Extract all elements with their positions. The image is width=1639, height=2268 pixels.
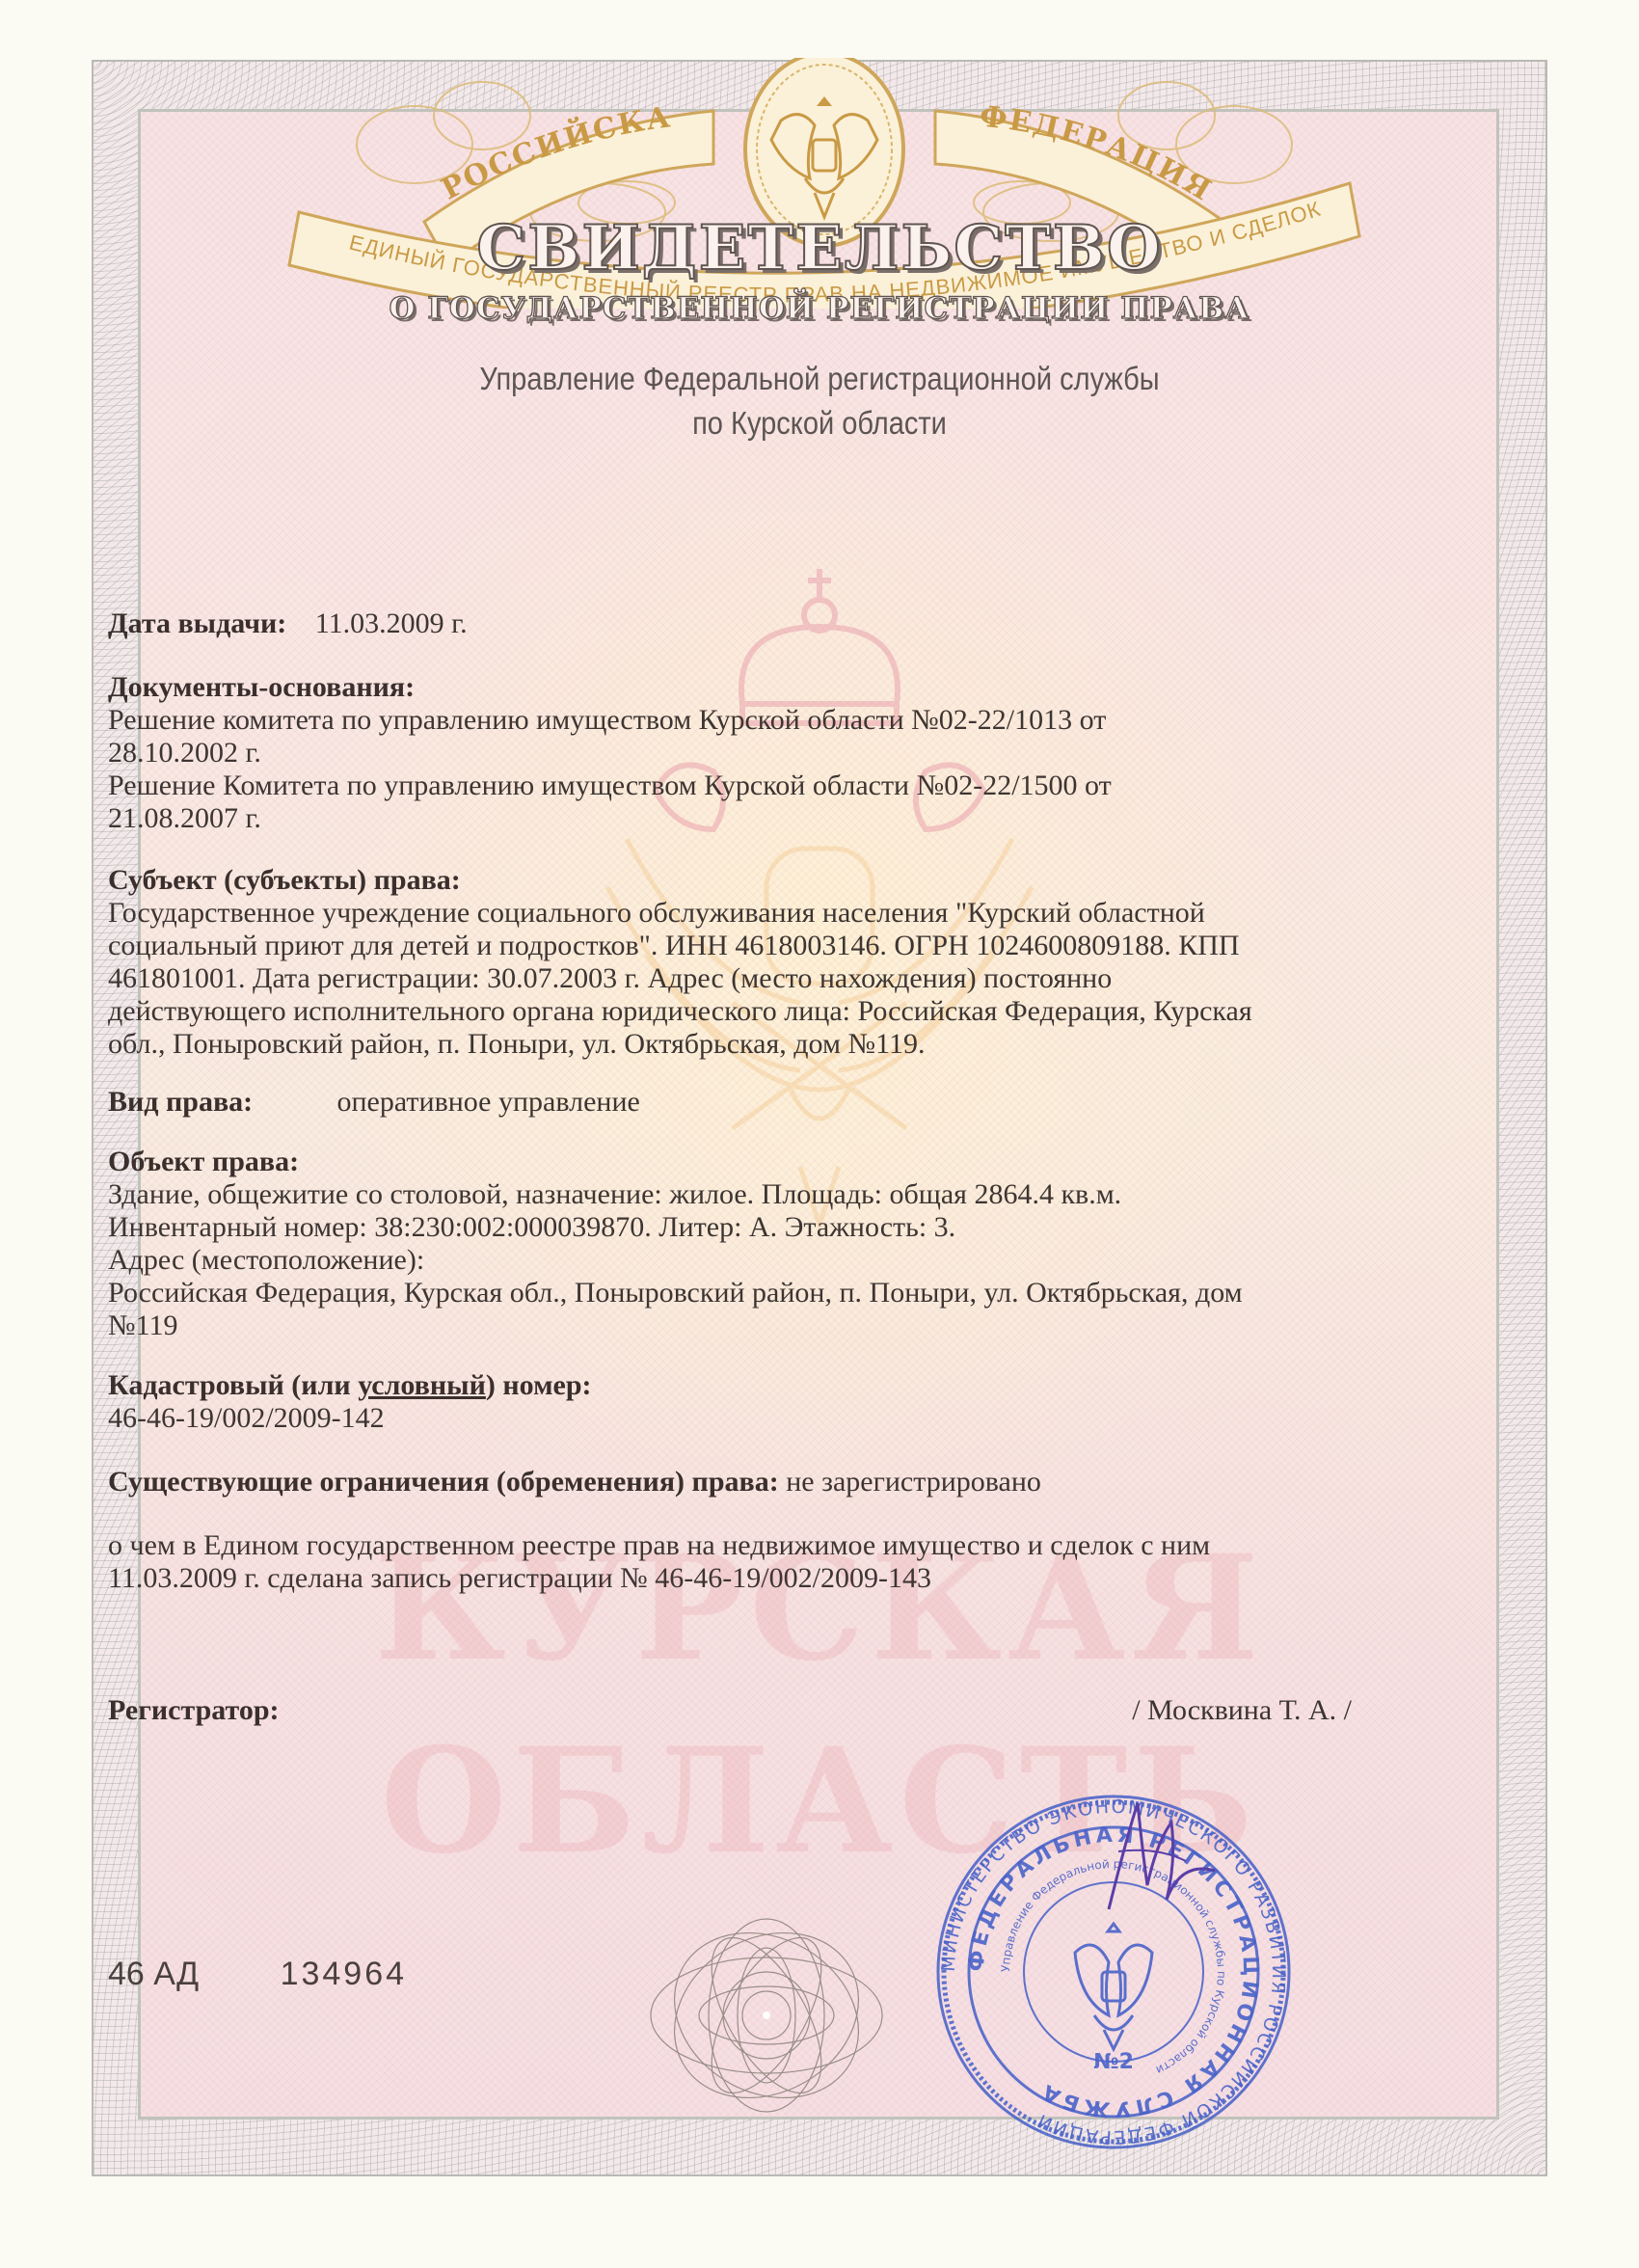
object-line: №119 [108, 1309, 1361, 1342]
registrar-row: Регистратор: / Москвина Т. А. / [108, 1694, 1352, 1727]
subject-line: социальный приют для детей и подростков"… [108, 930, 1361, 962]
basis-doc-line: Решение Комитета по управлению имущество… [108, 769, 1361, 802]
subject-line: 461801001. Дата регистрации: 30.07.2003 … [108, 962, 1361, 995]
certificate-subtitle: О ГОСУДАРСТВЕННОЙ РЕГИСТРАЦИИ ПРАВА [0, 291, 1639, 326]
right-type-section: Вид права: оперативное управление [108, 1086, 1361, 1119]
certificate-title: СВИДЕТЕЛЬСТВО [0, 212, 1639, 284]
record-line: 11.03.2009 г. сделана запись регистрации… [108, 1562, 1361, 1595]
stamp-eagle-icon [1075, 1924, 1152, 2049]
object-line: Инвентарный номер: 38:230:002:000039870.… [108, 1211, 1361, 1244]
subject-section: Субъект (субъекты) права: Государственно… [108, 864, 1361, 1061]
encumbrances-section: Существующие ограничения (обременения) п… [108, 1466, 1361, 1498]
watermark-region-line2: ОБЛАСТЬ [0, 1716, 1639, 1886]
basis-documents-section: Документы-основания: Решение комитета по… [108, 671, 1361, 835]
basis-doc-line: 21.08.2007 г. [108, 802, 1361, 835]
registration-record-section: о чем в Едином государственном реестре п… [108, 1529, 1361, 1595]
registrar-label: Регистратор: [108, 1694, 280, 1727]
certificate-serial: 46 АД 134964 [108, 1956, 407, 1993]
encumbrances-value: не зарегистрировано [786, 1466, 1041, 1498]
authority-line-1: Управление Федеральной регистрационной с… [98, 357, 1541, 401]
object-line: Адрес (местоположение): [108, 1244, 1361, 1277]
basis-doc-line: Решение комитета по управлению имущество… [108, 704, 1361, 737]
cadastral-label-part: Кадастровый (или [108, 1369, 358, 1401]
object-line: Российская Федерация, Курская обл., Поны… [108, 1277, 1361, 1309]
object-label: Объект права: [108, 1146, 1361, 1178]
serial-series: 46 АД [108, 1956, 199, 1993]
cadastral-label-part: ) номер: [486, 1369, 592, 1401]
issue-date-value: 11.03.2009 г. [315, 607, 468, 639]
cadastral-section: Кадастровый (или условный) номер: 46-46-… [108, 1369, 1361, 1435]
serial-number: 134964 [281, 1956, 407, 1993]
issue-date-label: Дата выдачи: [108, 607, 286, 640]
right-type-value: оперативное управление [337, 1086, 640, 1118]
cadastral-label-underlined: условный [358, 1369, 486, 1401]
security-rosette-icon [641, 1909, 892, 2121]
record-line: о чем в Едином государственном реестре п… [108, 1529, 1361, 1562]
subject-line: Государственное учреждение социального о… [108, 897, 1361, 930]
certificate-body: Дата выдачи: 11.03.2009 г. Документы-осн… [108, 607, 1361, 1618]
issuing-authority: Управление Федеральной регистрационной с… [98, 357, 1541, 445]
issue-date-section: Дата выдачи: 11.03.2009 г. [108, 607, 1361, 640]
cadastral-label: Кадастровый (или условный) номер: [108, 1369, 1361, 1402]
cadastral-number: 46-46-19/002/2009-142 [108, 1402, 1361, 1435]
encumbrances-label: Существующие ограничения (обременения) п… [108, 1466, 779, 1498]
right-type-label: Вид права: [108, 1086, 330, 1119]
object-section: Объект права: Здание, общежитие со столо… [108, 1146, 1361, 1342]
registrar-name: / Москвина Т. А. / [1132, 1694, 1352, 1727]
subject-line: обл., Поныровский район, п. Поныри, ул. … [108, 1028, 1361, 1061]
basis-documents-label: Документы-основания: [108, 671, 1361, 704]
registrar-signature [1089, 1794, 1224, 1919]
subject-line: действующего исполнительного органа юрид… [108, 995, 1361, 1028]
basis-doc-line: 28.10.2002 г. [108, 737, 1361, 769]
object-line: Здание, общежитие со столовой, назначени… [108, 1178, 1361, 1211]
subject-label: Субъект (субъекты) права: [108, 864, 1361, 897]
stamp-number: №2 [1093, 2050, 1134, 2074]
authority-line-2: по Курской области [98, 401, 1541, 445]
